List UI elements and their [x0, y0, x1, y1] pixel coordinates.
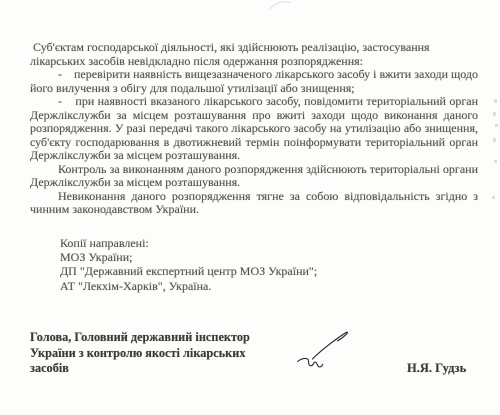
- scan-noise-speck: [495, 124, 498, 127]
- handwritten-signature-icon: [0, 0, 500, 415]
- signatory-name: Н.Я. Гудзь: [407, 361, 466, 376]
- scan-noise-speck: [494, 160, 497, 163]
- scan-noise-speck: [494, 99, 497, 103]
- scan-noise-speck: [492, 196, 495, 199]
- scan-noise-speck: [493, 138, 496, 142]
- scan-noise-speck: [493, 112, 496, 116]
- document-page: Суб'єктам господарської діяльності, які …: [0, 0, 500, 415]
